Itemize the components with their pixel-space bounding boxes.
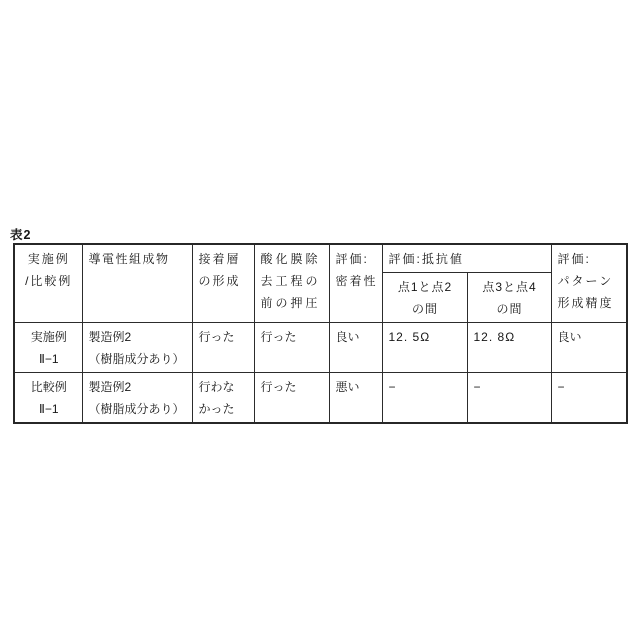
header-line: 評価: bbox=[558, 248, 622, 270]
cell-line: − bbox=[474, 376, 546, 398]
cell-line: かった bbox=[199, 398, 249, 420]
cell-adhesion: 良い bbox=[329, 323, 382, 373]
cell-line: − bbox=[389, 376, 462, 398]
cell-line: 良い bbox=[336, 326, 377, 348]
header-line: 接着層 bbox=[199, 248, 249, 270]
header-line: 去工程の bbox=[261, 270, 324, 292]
cell-adhesive-layer: 行った bbox=[192, 323, 254, 373]
col-header-resistance-p12: 点1と点2 の間 bbox=[382, 273, 467, 323]
results-table-wrapper: 実施例 /比較例 導電性組成物 接着層 の形成 酸化膜除 去工程の 前の押圧 評… bbox=[13, 243, 628, 424]
cell-line: 12. 8Ω bbox=[474, 326, 546, 348]
header-line: 導電性組成物 bbox=[89, 248, 187, 270]
cell-resistance-p34: 12. 8Ω bbox=[467, 323, 551, 373]
cell-line: 製造例2 bbox=[89, 326, 187, 348]
header-line: 評価:抵抗値 bbox=[389, 248, 546, 270]
col-header-pressing: 酸化膜除 去工程の 前の押圧 bbox=[254, 244, 329, 323]
cell-resistance-p12: − bbox=[382, 373, 467, 424]
cell-composition: 製造例2 （樹脂成分あり） bbox=[82, 323, 192, 373]
results-table: 実施例 /比較例 導電性組成物 接着層 の形成 酸化膜除 去工程の 前の押圧 評… bbox=[13, 243, 628, 424]
cell-line: 良い bbox=[558, 326, 622, 348]
header-line: 前の押圧 bbox=[261, 292, 324, 314]
document-page: 表2 実施例 /比較例 導電性組成物 bbox=[0, 0, 640, 640]
col-header-resistance-p34: 点3と点4 の間 bbox=[467, 273, 551, 323]
table-label: 表2 bbox=[10, 225, 31, 243]
header-line: 評価: bbox=[336, 248, 377, 270]
header-line: 酸化膜除 bbox=[261, 248, 324, 270]
cell-pattern: 良い bbox=[551, 323, 627, 373]
header-line: 点3と点4 bbox=[474, 276, 546, 298]
header-line: の間 bbox=[389, 298, 462, 320]
header-line: 点1と点2 bbox=[389, 276, 462, 298]
cell-adhesive-layer: 行わな かった bbox=[192, 373, 254, 424]
cell-line: Ⅱ−1 bbox=[21, 398, 77, 420]
cell-line: 製造例2 bbox=[89, 376, 187, 398]
cell-line: （樹脂成分あり） bbox=[89, 398, 187, 420]
col-header-resistance-eval: 評価:抵抗値 bbox=[382, 244, 551, 273]
col-header-composition: 導電性組成物 bbox=[82, 244, 192, 323]
cell-resistance-p12: 12. 5Ω bbox=[382, 323, 467, 373]
cell-line: 12. 5Ω bbox=[389, 326, 462, 348]
col-header-pattern-eval: 評価: パターン 形成精度 bbox=[551, 244, 627, 323]
cell-line: 行った bbox=[199, 326, 249, 348]
cell-pressing: 行った bbox=[254, 373, 329, 424]
header-line: 実施例 bbox=[21, 248, 77, 270]
cell-line: 比較例 bbox=[21, 376, 77, 398]
cell-line: Ⅱ−1 bbox=[21, 348, 77, 370]
cell-example: 実施例 Ⅱ−1 bbox=[14, 323, 82, 373]
cell-line: （樹脂成分あり） bbox=[89, 348, 187, 370]
cell-line: 行った bbox=[261, 376, 324, 398]
cell-line: 行った bbox=[261, 326, 324, 348]
header-line: 密着性 bbox=[336, 270, 377, 292]
cell-resistance-p34: − bbox=[467, 373, 551, 424]
header-line: /比較例 bbox=[21, 270, 77, 292]
header-line: の形成 bbox=[199, 270, 249, 292]
cell-line: − bbox=[558, 376, 622, 398]
cell-line: 行わな bbox=[199, 376, 249, 398]
col-header-example: 実施例 /比較例 bbox=[14, 244, 82, 323]
header-line: 形成精度 bbox=[558, 292, 622, 314]
header-line: パターン bbox=[558, 270, 622, 292]
col-header-adhesive-layer: 接着層 の形成 bbox=[192, 244, 254, 323]
cell-line: 実施例 bbox=[21, 326, 77, 348]
table-row: 比較例 Ⅱ−1 製造例2 （樹脂成分あり） 行わな かった 行った 悪い bbox=[14, 373, 627, 424]
col-header-adhesion-eval: 評価: 密着性 bbox=[329, 244, 382, 323]
cell-example: 比較例 Ⅱ−1 bbox=[14, 373, 82, 424]
header-line: の間 bbox=[474, 298, 546, 320]
cell-line: 悪い bbox=[336, 376, 377, 398]
cell-pressing: 行った bbox=[254, 323, 329, 373]
table-row: 実施例 Ⅱ−1 製造例2 （樹脂成分あり） 行った 行った 良い 12. 5Ω bbox=[14, 323, 627, 373]
cell-composition: 製造例2 （樹脂成分あり） bbox=[82, 373, 192, 424]
cell-adhesion: 悪い bbox=[329, 373, 382, 424]
cell-pattern: − bbox=[551, 373, 627, 424]
